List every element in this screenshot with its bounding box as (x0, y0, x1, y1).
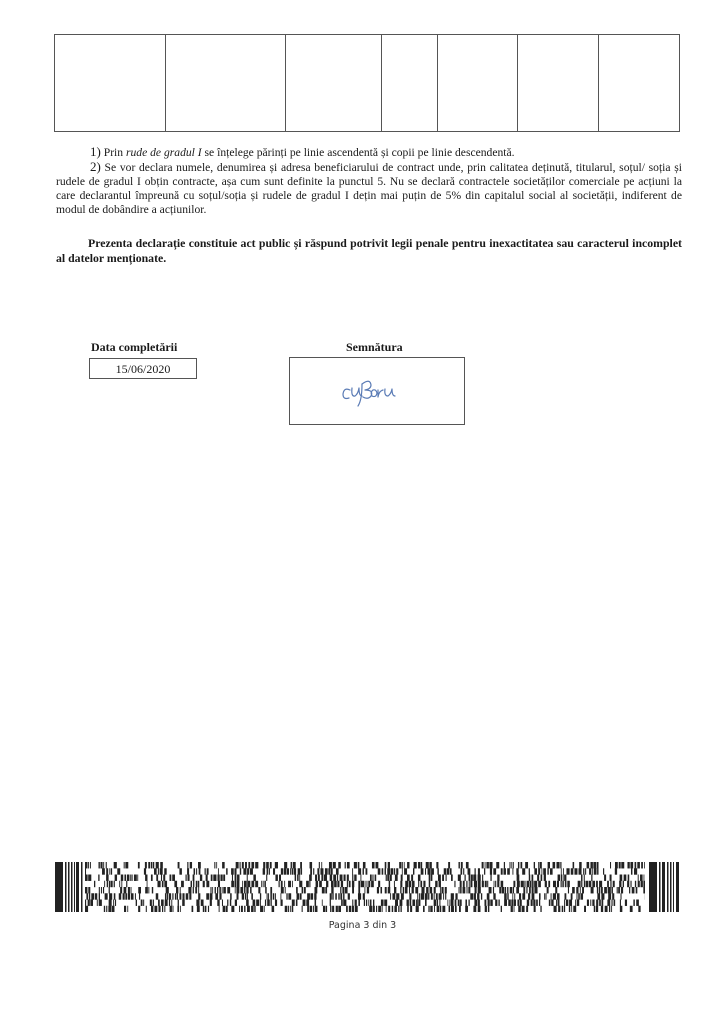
signature-label: Semnătura (346, 340, 403, 355)
contracts-table (54, 34, 680, 132)
table-cell (55, 35, 166, 132)
table-cell (165, 35, 285, 132)
handwritten-signature (340, 370, 420, 410)
footnotes: 1) Prin rude de gradul I se înțelege păr… (56, 145, 682, 217)
footnote-1: 1) Prin rude de gradul I se înțelege păr… (56, 145, 682, 160)
table-cell (518, 35, 599, 132)
table-cell (438, 35, 518, 132)
footnote-2: 2) Se vor declara numele, denumirea și a… (56, 160, 682, 217)
pdf417-barcode (55, 862, 679, 912)
legal-statement: Prezenta declarație constituie act publi… (56, 236, 682, 266)
completion-date-label: Data completării (91, 340, 177, 355)
completion-date-field: 15/06/2020 (89, 358, 197, 379)
signature-box (289, 357, 465, 425)
table-cell (381, 35, 437, 132)
declaration-page: 1) Prin rude de gradul I se înțelege păr… (0, 0, 725, 1024)
table-cell (599, 35, 680, 132)
table-row (55, 35, 680, 132)
page-number: Pagina 3 din 3 (0, 920, 725, 931)
table-cell (286, 35, 382, 132)
